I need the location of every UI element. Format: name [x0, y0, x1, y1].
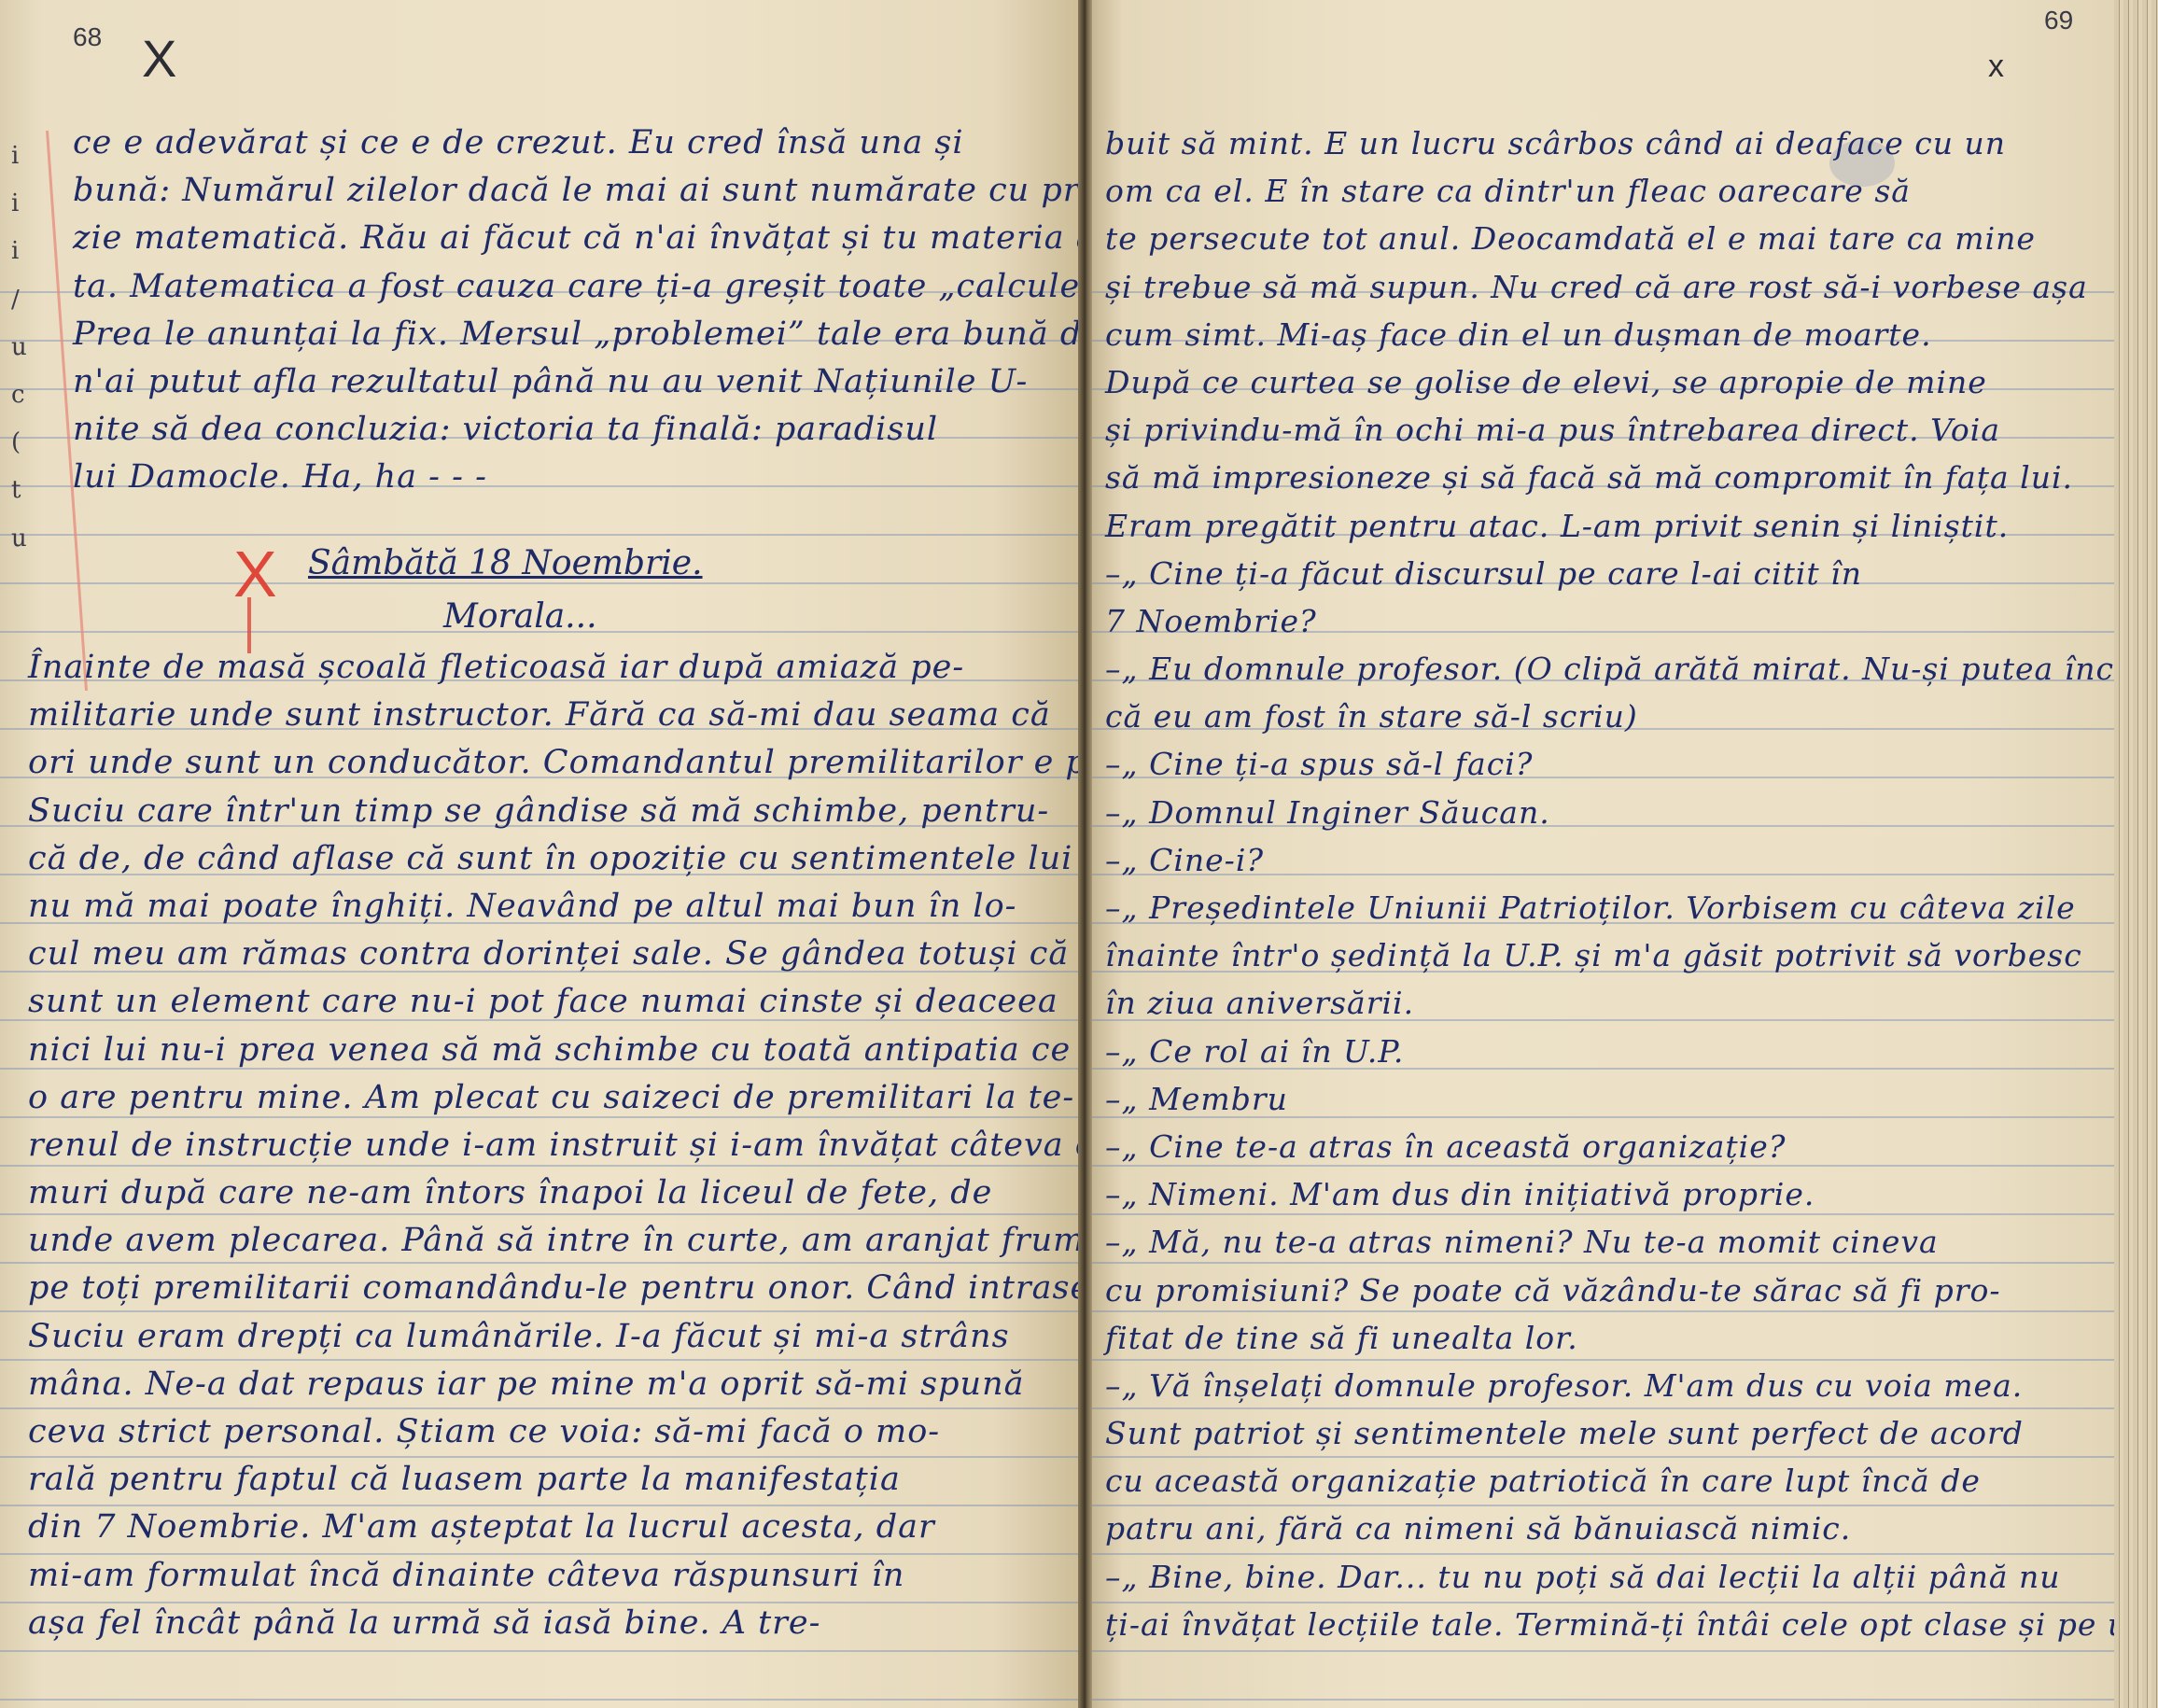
margin-mark: c: [11, 381, 27, 428]
text-line: muri după care ne-am întors înapoi la li…: [28, 1169, 1080, 1217]
text-line: cum simt. Mi-aș face din el un dușman de…: [1105, 311, 2114, 358]
text-line: sunt un element care nu-i pot face numai…: [28, 978, 1080, 1026]
dialogue-line: ți-ai învățat lecțiile tale. Termină-ți …: [1105, 1601, 2114, 1648]
text-line: renul de instrucție unde i-am instruit ș…: [28, 1122, 1080, 1169]
dialogue-line: –„ Cine te-a atras în această organizați…: [1105, 1123, 2114, 1170]
text-line: n'ai putut afla rezultatul până nu au ve…: [73, 358, 1080, 406]
stacked-page-edges: [2114, 0, 2158, 1708]
text-line: așa fel încât până la urmă să iasă bine.…: [28, 1600, 1080, 1647]
entry-title-heading: Morala...: [443, 597, 597, 636]
text-line: mi-am formulat încă dinainte câteva răsp…: [28, 1552, 1080, 1600]
text-line: Prea le anunțai la fix. Mersul „probleme…: [73, 311, 1080, 358]
dialogue-line: fitat de tine să fi unealta lor.: [1105, 1314, 2114, 1362]
text-line: lui Damocle. Ha, ha - - -: [73, 454, 1080, 501]
dialogue-line: –„ Președintele Uniunii Patrioților. Vor…: [1105, 884, 2114, 931]
notebook-binding: [1078, 0, 1093, 1708]
dialogue-line: –„ Cine ți-a spus să-l faci?: [1105, 740, 2114, 788]
left-notebook-page: 68 X i i i / u c ( t u ce e adevărat și …: [0, 0, 1080, 1708]
dialogue-line: înainte într'o ședință la U.P. și m'a gă…: [1105, 931, 2114, 979]
text-line: Eram pregătit pentru atac. L-am privit s…: [1105, 502, 2114, 550]
text-line: buit să mint. E un lucru scârbos când ai…: [1105, 119, 2114, 167]
left-text-block-bottom: Înainte de masă școală fleticoasă iar du…: [28, 644, 1080, 1647]
text-line: Suciu care într'un timp se gândise să mă…: [28, 788, 1080, 835]
text-line: bună: Numărul zilelor dacă le mai ai sun…: [73, 167, 1080, 215]
dialogue-line: –„ Eu domnule profesor. (O clipă arătă m…: [1105, 645, 2114, 693]
margin-mark: i: [11, 142, 27, 189]
margin-mark: i: [11, 237, 27, 285]
text-line: că de, de când aflase că sunt în opoziți…: [28, 835, 1080, 883]
page-number-right: 69: [2044, 6, 2073, 35]
text-line: Suciu eram drepți ca lumânările. I-a făc…: [28, 1313, 1080, 1361]
text-line: din 7 Noembrie. M'am așteptat la lucrul …: [28, 1504, 1080, 1551]
page-number-left: 68: [73, 22, 102, 52]
text-line: militarie unde sunt instructor. Fără ca …: [28, 692, 1080, 739]
text-line: cul meu am rămas contra dorinței sale. S…: [28, 931, 1080, 978]
text-line: te persecute tot anul. Deocamdată el e m…: [1105, 215, 2114, 262]
dialogue-line: patru ani, fără ca nimeni să bănuiască n…: [1105, 1505, 2114, 1552]
text-line: ta. Matematica a fost cauza care ți-a gr…: [73, 263, 1080, 311]
dialogue-line: –„ Cine ți-a făcut discursul pe care l-a…: [1105, 550, 2114, 597]
text-line: om ca el. E în stare ca dintr'un fleac o…: [1105, 167, 2114, 215]
margin-mark: i: [11, 189, 27, 237]
text-line: și privindu-mă în ochi mi-a pus întrebar…: [1105, 406, 2114, 454]
margin-mark: u: [11, 333, 27, 381]
text-line: o are pentru mine. Am plecat cu saizeci …: [28, 1074, 1080, 1122]
left-text-block-top: ce e adevărat și ce e de crezut. Eu cred…: [73, 119, 1080, 502]
margin-mark: /: [11, 286, 27, 333]
dialogue-line: –„ Cine-i?: [1105, 836, 2114, 884]
dialogue-line: –„ Mă, nu te-a atras nimeni? Nu te-a mom…: [1105, 1218, 2114, 1266]
dialogue-line: 7 Noembrie?: [1105, 597, 2114, 645]
text-line: mâna. Ne-a dat repaus iar pe mine m'a op…: [28, 1361, 1080, 1408]
corner-x-mark: x: [1988, 49, 2004, 85]
margin-mark: u: [11, 525, 27, 572]
text-line: nite să dea concluzia: victoria ta final…: [73, 406, 1080, 454]
dialogue-line: cu promisiuni? Se poate că văzându-te să…: [1105, 1267, 2114, 1314]
corner-x-mark: X: [142, 28, 176, 89]
dialogue-line: –„ Domnul Inginer Săucan.: [1105, 789, 2114, 836]
right-text-block: buit să mint. E un lucru scârbos când ai…: [1105, 119, 2114, 1648]
text-line: După ce curtea se golise de elevi, se ap…: [1105, 358, 2114, 406]
dialogue-line: că eu am fost în stare să-l scriu): [1105, 693, 2114, 740]
text-line: și trebue să mă supun. Nu cred că are ro…: [1105, 263, 2114, 311]
dialogue-line: –„ Bine, bine. Dar... tu nu poți să dai …: [1105, 1553, 2114, 1601]
text-line: să mă impresioneze și să facă să mă comp…: [1105, 454, 2114, 501]
text-line: ori unde sunt un conducător. Comandantul…: [28, 739, 1080, 787]
text-line: rală pentru faptul că luasem parte la ma…: [28, 1456, 1080, 1504]
dialogue-line: în ziua aniversării.: [1105, 979, 2114, 1027]
margin-mark: t: [11, 476, 27, 524]
right-notebook-page: 69 x buit să mint. E un lucru scârbos câ…: [1092, 0, 2114, 1708]
text-line: Înainte de masă școală fleticoasă iar du…: [28, 644, 1080, 692]
text-line: ceva strict personal. Știam ce voia: să-…: [28, 1408, 1080, 1456]
margin-mark: (: [11, 428, 27, 476]
text-line: ce e adevărat și ce e de crezut. Eu cred…: [73, 119, 1080, 167]
text-line: nu mă mai poate înghiți. Neavând pe altu…: [28, 883, 1080, 931]
text-line: unde avem plecarea. Până să intre în cur…: [28, 1217, 1080, 1265]
dialogue-line: –„ Membru: [1105, 1075, 2114, 1123]
dialogue-line: –„ Vă înșelați domnule profesor. M'am du…: [1105, 1362, 2114, 1409]
dialogue-line: –„ Nimeni. M'am dus din inițiativă propr…: [1105, 1170, 2114, 1218]
dialogue-line: cu această organizație patriotică în car…: [1105, 1457, 2114, 1505]
text-line: zie matematică. Rău ai făcut că n'ai înv…: [73, 215, 1080, 262]
dialogue-line: –„ Ce rol ai în U.P.: [1105, 1028, 2114, 1075]
red-pencil-x-mark: X: [233, 541, 277, 607]
text-line: pe toți premilitarii comandându-le pentr…: [28, 1265, 1080, 1312]
margin-marks: i i i / u c ( t u: [11, 142, 27, 572]
entry-date-heading: Sâmbătă 18 Noembrie.: [308, 544, 703, 582]
dialogue-line: Sunt patriot și sentimentele mele sunt p…: [1105, 1409, 2114, 1457]
text-line: nici lui nu-i prea venea să mă schimbe c…: [28, 1027, 1080, 1074]
